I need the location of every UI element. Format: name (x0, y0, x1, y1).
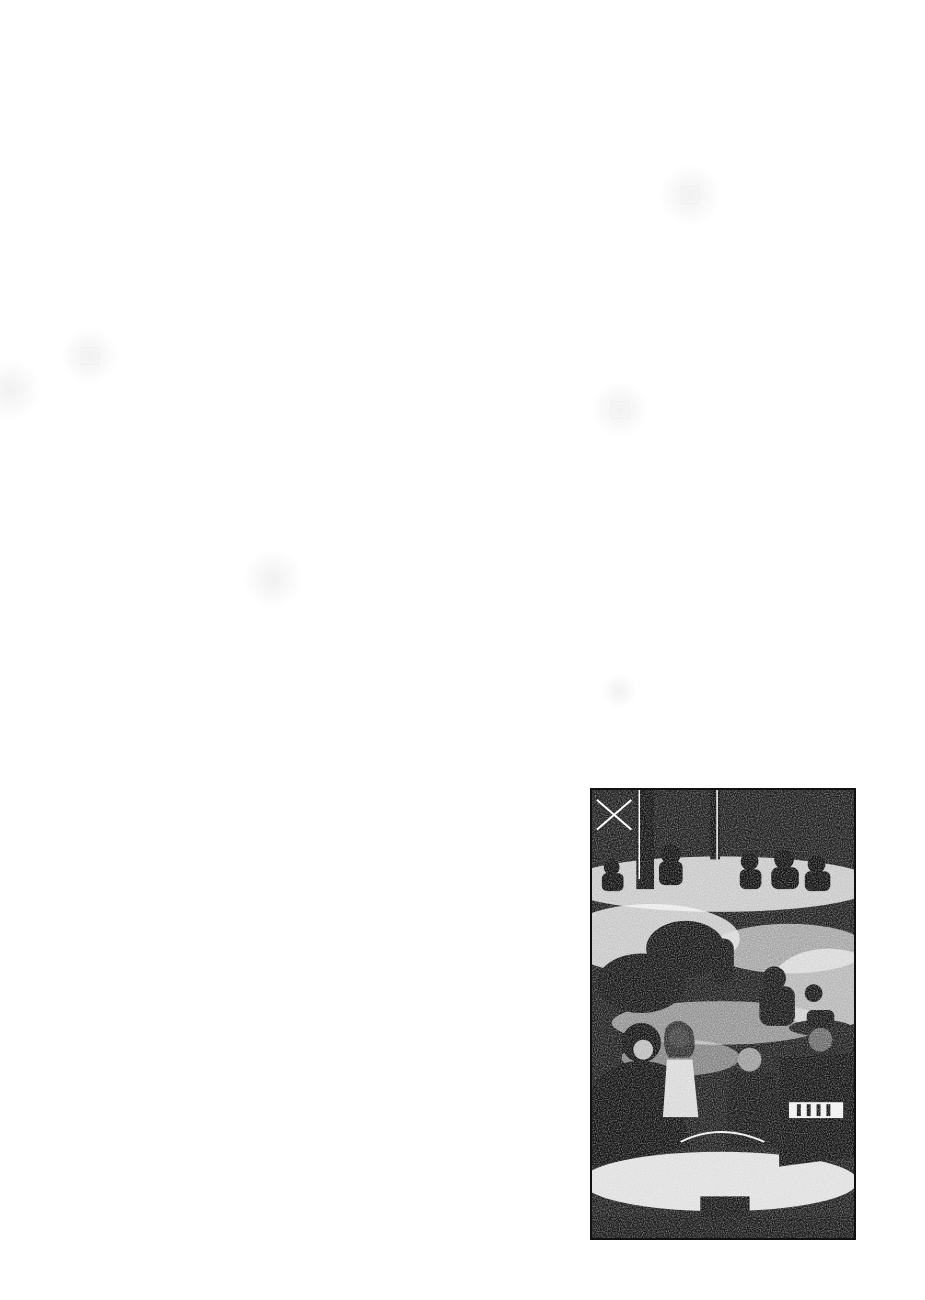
bleed-through-mark (602, 674, 636, 708)
bleed-through-mark (244, 550, 302, 608)
bleed-through-mark (660, 165, 720, 225)
bleed-through-mark (62, 328, 118, 384)
saloon-illustration (590, 788, 856, 1240)
illustration-art (592, 790, 854, 1238)
bleed-through-mark (0, 360, 40, 420)
bleed-through-mark (592, 382, 648, 438)
